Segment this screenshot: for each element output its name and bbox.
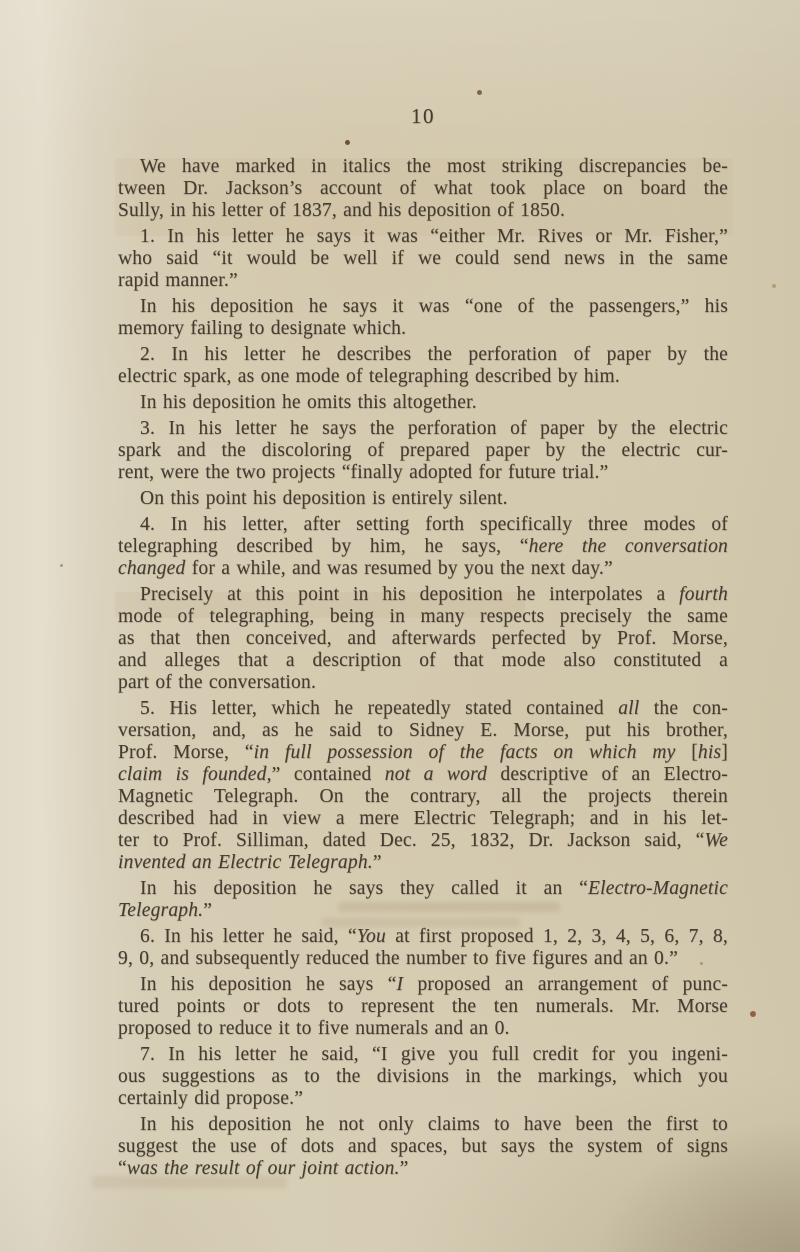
text-line: 4. In his letter, after setting forth sp…: [118, 514, 728, 536]
paragraph: In his deposition he not only claims to …: [118, 1114, 728, 1180]
text-line: 3. In his letter he says the perforation…: [118, 418, 728, 440]
paragraph: In his deposition he says it was “one of…: [118, 296, 728, 340]
paragraph: Precisely at this point in his depositio…: [118, 584, 728, 694]
paragraph: 7. In his letter he said, “I give you fu…: [118, 1044, 728, 1110]
text-line: tween Dr. Jackson’s account of what took…: [118, 178, 728, 200]
text-line: electric spark, as one mode of telegraph…: [118, 366, 728, 388]
paragraph: In his deposition he says they called it…: [118, 878, 728, 922]
text-line: ter to Prof. Silliman, dated Dec. 25, 18…: [118, 830, 728, 852]
text-line: as that then conceived, and afterwards p…: [118, 628, 728, 650]
text-line: ous suggestions as to the divisions in t…: [118, 1066, 728, 1088]
book-page: 10 We have marked in italics the most st…: [0, 0, 800, 1252]
text-line: 5. His letter, which he repeatedly state…: [118, 698, 728, 720]
foxing-spot: [772, 284, 776, 288]
text-line: 6. In his letter he said, “You at first …: [118, 926, 728, 948]
foxing-spot: [477, 90, 482, 95]
text-line: Telegraph.”: [118, 900, 728, 922]
paragraph: In his deposition he omits this altogeth…: [118, 392, 728, 414]
text-line: certainly did propose.”: [118, 1088, 728, 1110]
text-line: memory failing to designate which.: [118, 318, 728, 340]
text-line: rapid manner.”: [118, 270, 728, 292]
text-line: rent, were the two projects “finally ado…: [118, 462, 728, 484]
paragraph: On this point his deposition is entirely…: [118, 488, 728, 510]
text-line: Magnetic Telegraph. On the contrary, all…: [118, 786, 728, 808]
text-line: 7. In his letter he said, “I give you fu…: [118, 1044, 728, 1066]
foxing-spot: [345, 140, 350, 145]
text-line: tured points or dots to represent the te…: [118, 996, 728, 1018]
text-line: 9, 0, and subsequently reduced the numbe…: [118, 948, 728, 970]
text-line: part of the conversation.: [118, 672, 728, 694]
text-line: In his deposition he not only claims to …: [118, 1114, 728, 1136]
text-line: changed for a while, and was resumed by …: [118, 558, 728, 580]
text-line: In his deposition he omits this altogeth…: [118, 392, 728, 414]
text-line: Precisely at this point in his depositio…: [118, 584, 728, 606]
text-line: and alleges that a description of that m…: [118, 650, 728, 672]
paragraph: 4. In his letter, after setting forth sp…: [118, 514, 728, 580]
paragraph: We have marked in italics the most strik…: [118, 156, 728, 222]
paragraph: 6. In his letter he said, “You at first …: [118, 926, 728, 970]
text-line: In his deposition he says it was “one of…: [118, 296, 728, 318]
text-line: claim is founded,” contained not a word …: [118, 764, 728, 786]
text-line: On this point his deposition is entirely…: [118, 488, 728, 510]
text-line: mode of telegraphing, being in many resp…: [118, 606, 728, 628]
text-line: In his deposition he says they called it…: [118, 878, 728, 900]
text-line: 2. In his letter he describes the perfor…: [118, 344, 728, 366]
text-line: “was the result of our joint action.”: [118, 1158, 728, 1180]
text-block: We have marked in italics the most strik…: [118, 156, 728, 1184]
paragraph: In his deposition he says “I proposed an…: [118, 974, 728, 1040]
paragraph: 1. In his letter he says it was “either …: [118, 226, 728, 292]
paragraph: 5. His letter, which he repeatedly state…: [118, 698, 728, 874]
text-line: proposed to reduce it to five numerals a…: [118, 1018, 728, 1040]
foxing-spot: [750, 1011, 756, 1017]
text-line: Prof. Morse, “in full possession of the …: [118, 742, 728, 764]
foxing-spot: [60, 564, 63, 567]
page-number: 10: [118, 104, 728, 130]
text-line: In his deposition he says “I proposed an…: [118, 974, 728, 996]
text-line: We have marked in italics the most strik…: [118, 156, 728, 178]
text-line: versation, and, as he said to Sidney E. …: [118, 720, 728, 742]
text-line: 1. In his letter he says it was “either …: [118, 226, 728, 248]
text-line: who said “it would be well if we could s…: [118, 248, 728, 270]
text-line: spark and the discoloring of prepared pa…: [118, 440, 728, 462]
text-line: described had in view a mere Electric Te…: [118, 808, 728, 830]
paragraph: 3. In his letter he says the perforation…: [118, 418, 728, 484]
text-line: invented an Electric Telegraph.”: [118, 852, 728, 874]
paragraph: 2. In his letter he describes the perfor…: [118, 344, 728, 388]
text-line: suggest the use of dots and spaces, but …: [118, 1136, 728, 1158]
text-line: telegraphing described by him, he says, …: [118, 536, 728, 558]
text-line: Sully, in his letter of 1837, and his de…: [118, 200, 728, 222]
